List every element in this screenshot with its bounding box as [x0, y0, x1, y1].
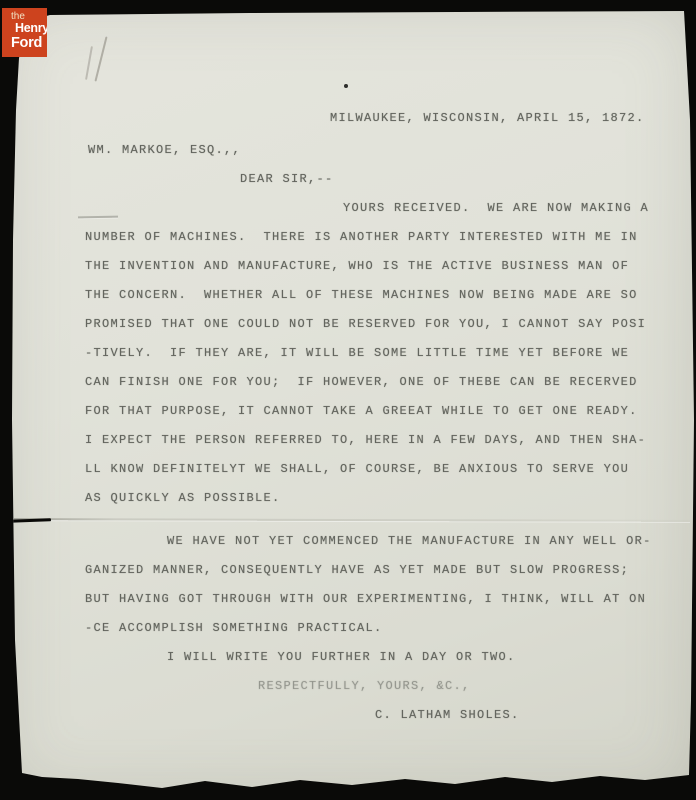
letter-salutation: DEAR SIR,--	[85, 165, 685, 194]
logo-text-ford: Ford	[11, 36, 47, 51]
letter-line: PROMISED THAT ONE COULD NOT BE RESERVED …	[85, 310, 685, 339]
letter-line: -TIVELY. IF THEY ARE, IT WILL BE SOME LI…	[85, 339, 685, 368]
letter-line: LL KNOW DEFINITELYT WE SHALL, OF COURSE,…	[85, 455, 685, 484]
letter-line: I WILL WRITE YOU FURTHER IN A DAY OR TWO…	[85, 643, 685, 672]
henry-ford-logo: the Henry Ford	[2, 8, 47, 57]
letter-recipient: WM. MARKOE, ESQ.,,	[85, 136, 685, 165]
letter-line: -CE ACCOMPLISH SOMETHING PRACTICAL.	[85, 614, 685, 643]
letter-line: BUT HAVING GOT THROUGH WITH OUR EXPERIME…	[85, 585, 685, 614]
stray-mark	[344, 84, 348, 88]
pencil-mark	[85, 46, 93, 80]
letter-line: CAN FINISH ONE FOR YOU; IF HOWEVER, ONE …	[85, 368, 685, 397]
photo-stage: the Henry Ford MILWAUKEE, WISCONSIN, APR…	[0, 0, 696, 800]
letter-line: I EXPECT THE PERSON REFERRED TO, HERE IN…	[85, 426, 685, 455]
letter-line: WE HAVE NOT YET COMMENCED THE MANUFACTUR…	[85, 527, 685, 556]
letter-line: C. LATHAM SHOLES.	[85, 701, 685, 730]
fold-tear	[9, 518, 51, 522]
letter-line: GANIZED MANNER, CONSEQUENTLY HAVE AS YET…	[85, 556, 685, 585]
letter-line: THE INVENTION AND MANUFACTURE, WHO IS TH…	[85, 252, 685, 281]
letter-line: FOR THAT PURPOSE, IT CANNOT TAKE A GREEA…	[85, 397, 685, 426]
letter-line: THE CONCERN. WHETHER ALL OF THESE MACHIN…	[85, 281, 685, 310]
letter-line: RESPECTFULLY, YOURS, &C.,	[85, 672, 685, 701]
letter-body: WM. MARKOE, ESQ.,, DEAR SIR,-- YOURS REC…	[85, 136, 685, 730]
letter-line: NUMBER OF MACHINES. THERE IS ANOTHER PAR…	[85, 223, 685, 252]
letter-line: YOURS RECEIVED. WE ARE NOW MAKING A	[85, 194, 685, 223]
logo-text-henry: Henry	[15, 22, 47, 35]
pencil-mark	[94, 36, 107, 81]
letter-line: AS QUICKLY AS POSSIBLE.	[85, 484, 685, 513]
letter-dateline: MILWAUKEE, WISCONSIN, APRIL 15, 1872.	[330, 104, 645, 133]
